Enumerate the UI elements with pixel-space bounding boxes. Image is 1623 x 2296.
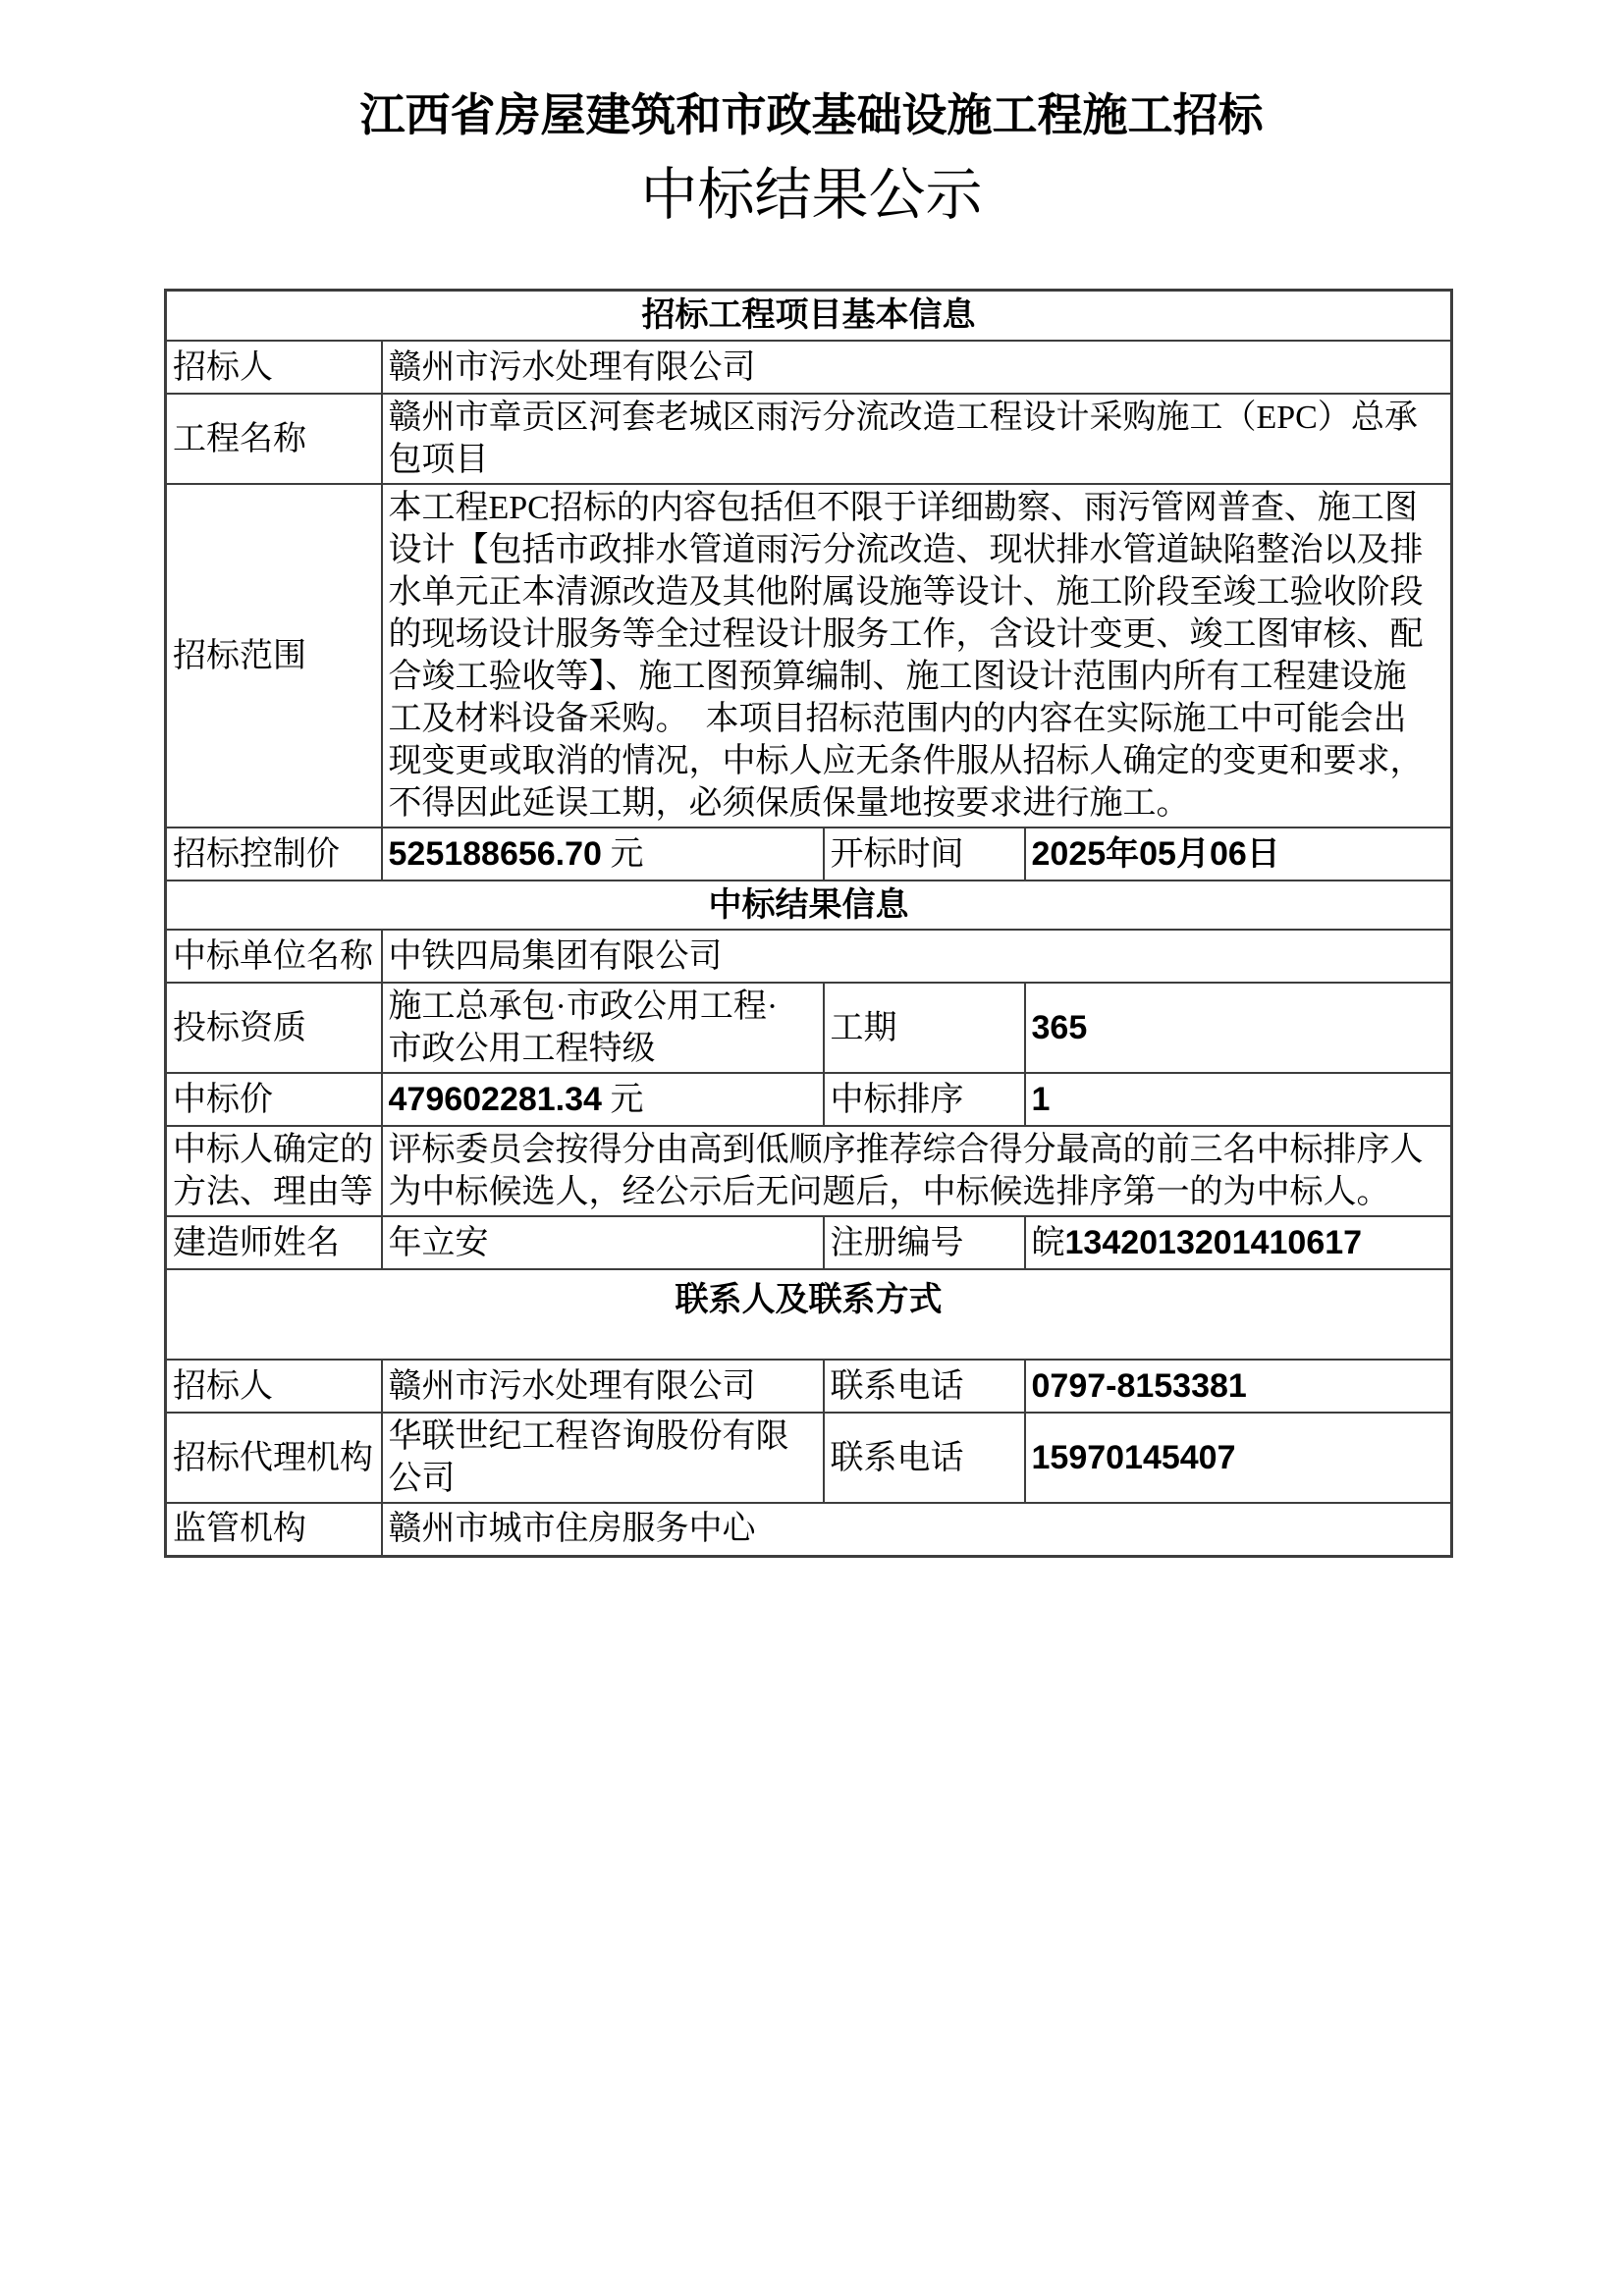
row-builder: 建造师姓名 年立安 注册编号 皖1342013201410617	[166, 1216, 1452, 1269]
label-contact-agency-phone: 联系电话	[824, 1413, 1025, 1503]
doc-subtitle: 中标结果公示	[0, 160, 1623, 232]
doc-title: 江西省房屋建筑和市政基础设施工程施工招标	[0, 0, 1623, 142]
section-row-basic-info: 招标工程项目基本信息	[166, 290, 1452, 341]
row-method: 中标人确定的 方法、理由等 评标委员会按得分由高到低顺序推荐综合得分最高的前三名…	[166, 1126, 1452, 1216]
label-rank: 中标排序	[824, 1073, 1025, 1126]
section-header-basic-info: 招标工程项目基本信息	[166, 290, 1452, 341]
document-page: 江西省房屋建筑和市政基础设施工程施工招标 中标结果公示 招标工程项目基本信息 招…	[0, 0, 1623, 2296]
value-qualification: 施工总承包·市政公用工程· 市政公用工程特级	[382, 983, 824, 1073]
label-qualification: 投标资质	[166, 983, 382, 1073]
value-contact-tenderer-phone: 0797-8153381	[1025, 1360, 1452, 1413]
control-price-unit: 元	[610, 836, 643, 873]
row-scope: 招标范围 本工程EPC招标的内容包括但不限于详细勘察、雨污管网普查、施工图 设计…	[166, 484, 1452, 828]
label-contact-tenderer: 招标人	[166, 1360, 382, 1413]
value-contact-agency: 华联世纪工程咨询股份有限公司	[382, 1413, 824, 1503]
row-regulator: 监管机构 赣州市城市住房服务中心	[166, 1503, 1452, 1556]
label-contact-agency: 招标代理机构	[166, 1413, 382, 1503]
value-tenderer: 赣州市污水处理有限公司	[382, 341, 1452, 394]
label-winner: 中标单位名称	[166, 930, 382, 983]
label-method: 中标人确定的 方法、理由等	[166, 1126, 382, 1216]
agency-phone-number: 15970145407	[1032, 1439, 1236, 1476]
label-regulator: 监管机构	[166, 1503, 382, 1556]
value-builder: 年立安	[382, 1216, 824, 1269]
value-reg-no: 皖1342013201410617	[1025, 1216, 1452, 1269]
value-project-name: 赣州市章贡区河套老城区雨污分流改造工程设计采购施工（EPC）总承 包项目	[382, 394, 1452, 484]
value-duration: 365	[1025, 983, 1452, 1073]
row-project-name: 工程名称 赣州市章贡区河套老城区雨污分流改造工程设计采购施工（EPC）总承 包项…	[166, 394, 1452, 484]
control-price-number: 525188656.70	[389, 835, 602, 873]
tenderer-phone-number: 0797-8153381	[1032, 1367, 1247, 1405]
label-duration: 工期	[824, 983, 1025, 1073]
reg-no-number: 1342013201410617	[1065, 1224, 1363, 1261]
win-price-unit: 元	[610, 1082, 643, 1118]
value-contact-tenderer: 赣州市污水处理有限公司	[382, 1360, 824, 1413]
label-open-time: 开标时间	[824, 828, 1025, 881]
section-header-contact: 联系人及联系方式	[166, 1269, 1452, 1360]
value-method: 评标委员会按得分由高到低顺序推荐综合得分最高的前三名中标排序人 为中标候选人，经…	[382, 1126, 1452, 1216]
label-scope: 招标范围	[166, 484, 382, 828]
bid-result-table: 招标工程项目基本信息 招标人 赣州市污水处理有限公司 工程名称 赣州市章贡区河套…	[164, 289, 1453, 1558]
label-tenderer: 招标人	[166, 341, 382, 394]
row-qualification: 投标资质 施工总承包·市政公用工程· 市政公用工程特级 工期 365	[166, 983, 1452, 1073]
value-scope: 本工程EPC招标的内容包括但不限于详细勘察、雨污管网普查、施工图 设计【包括市政…	[382, 484, 1452, 828]
section-header-result: 中标结果信息	[166, 881, 1452, 930]
reg-no-prefix: 皖	[1032, 1225, 1065, 1261]
value-open-time: 2025年05月06日	[1025, 828, 1452, 881]
section-row-result: 中标结果信息	[166, 881, 1452, 930]
open-time-text: 2025年05月06日	[1032, 835, 1280, 873]
label-project-name: 工程名称	[166, 394, 382, 484]
row-control-price: 招标控制价 525188656.70 元 开标时间 2025年05月06日	[166, 828, 1452, 881]
win-price-number: 479602281.34	[389, 1081, 602, 1118]
row-contact-agency: 招标代理机构 华联世纪工程咨询股份有限公司 联系电话 15970145407	[166, 1413, 1452, 1503]
section-row-contact: 联系人及联系方式	[166, 1269, 1452, 1360]
row-tenderer: 招标人 赣州市污水处理有限公司	[166, 341, 1452, 394]
row-winner: 中标单位名称 中铁四局集团有限公司	[166, 930, 1452, 983]
duration-number: 365	[1032, 1009, 1088, 1046]
value-win-price: 479602281.34 元	[382, 1073, 824, 1126]
value-regulator: 赣州市城市住房服务中心	[382, 1503, 1452, 1556]
value-winner: 中铁四局集团有限公司	[382, 930, 1452, 983]
label-control-price: 招标控制价	[166, 828, 382, 881]
value-contact-agency-phone: 15970145407	[1025, 1413, 1452, 1503]
label-reg-no: 注册编号	[824, 1216, 1025, 1269]
label-win-price: 中标价	[166, 1073, 382, 1126]
value-control-price: 525188656.70 元	[382, 828, 824, 881]
rank-number: 1	[1032, 1081, 1051, 1118]
value-rank: 1	[1025, 1073, 1452, 1126]
row-contact-tenderer: 招标人 赣州市污水处理有限公司 联系电话 0797-8153381	[166, 1360, 1452, 1413]
label-builder: 建造师姓名	[166, 1216, 382, 1269]
label-contact-tenderer-phone: 联系电话	[824, 1360, 1025, 1413]
row-win-price: 中标价 479602281.34 元 中标排序 1	[166, 1073, 1452, 1126]
